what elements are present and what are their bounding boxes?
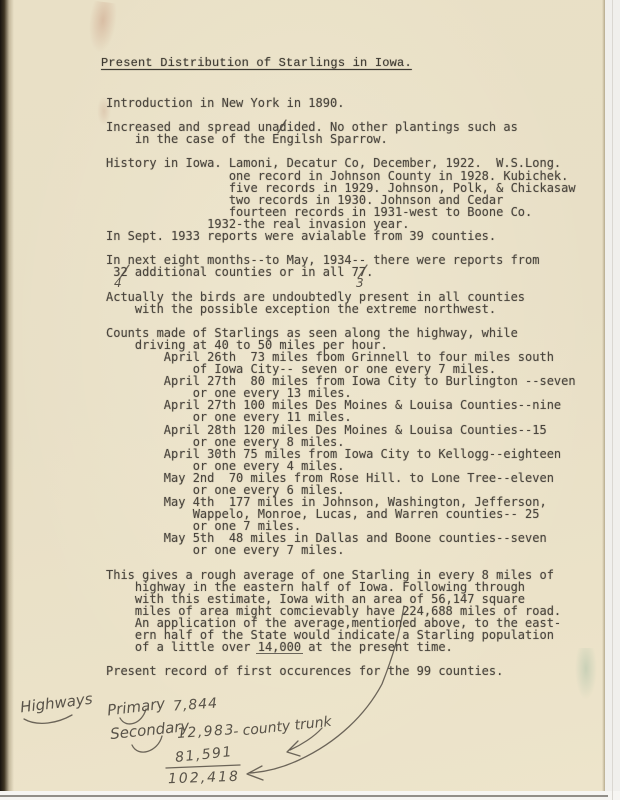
- handwritten-total-value: 102,418: [168, 769, 240, 787]
- paper-bottom-edge: [0, 795, 608, 797]
- stain-green: [575, 648, 597, 700]
- handwritten-correction-total: 3: [356, 276, 364, 290]
- document-title: Present Distribution of Starlings in Iow…: [101, 56, 412, 70]
- handwritten-correction-counties: 4: [114, 276, 122, 290]
- binding-edge: [0, 0, 14, 791]
- handwritten-primary-value: 7,844: [172, 695, 218, 714]
- underline-14000: [256, 653, 303, 654]
- paper-right-edge: [602, 0, 605, 791]
- background-seam: [612, 0, 613, 800]
- typed-body: Introduction in New York in 1890. Increa…: [106, 97, 576, 678]
